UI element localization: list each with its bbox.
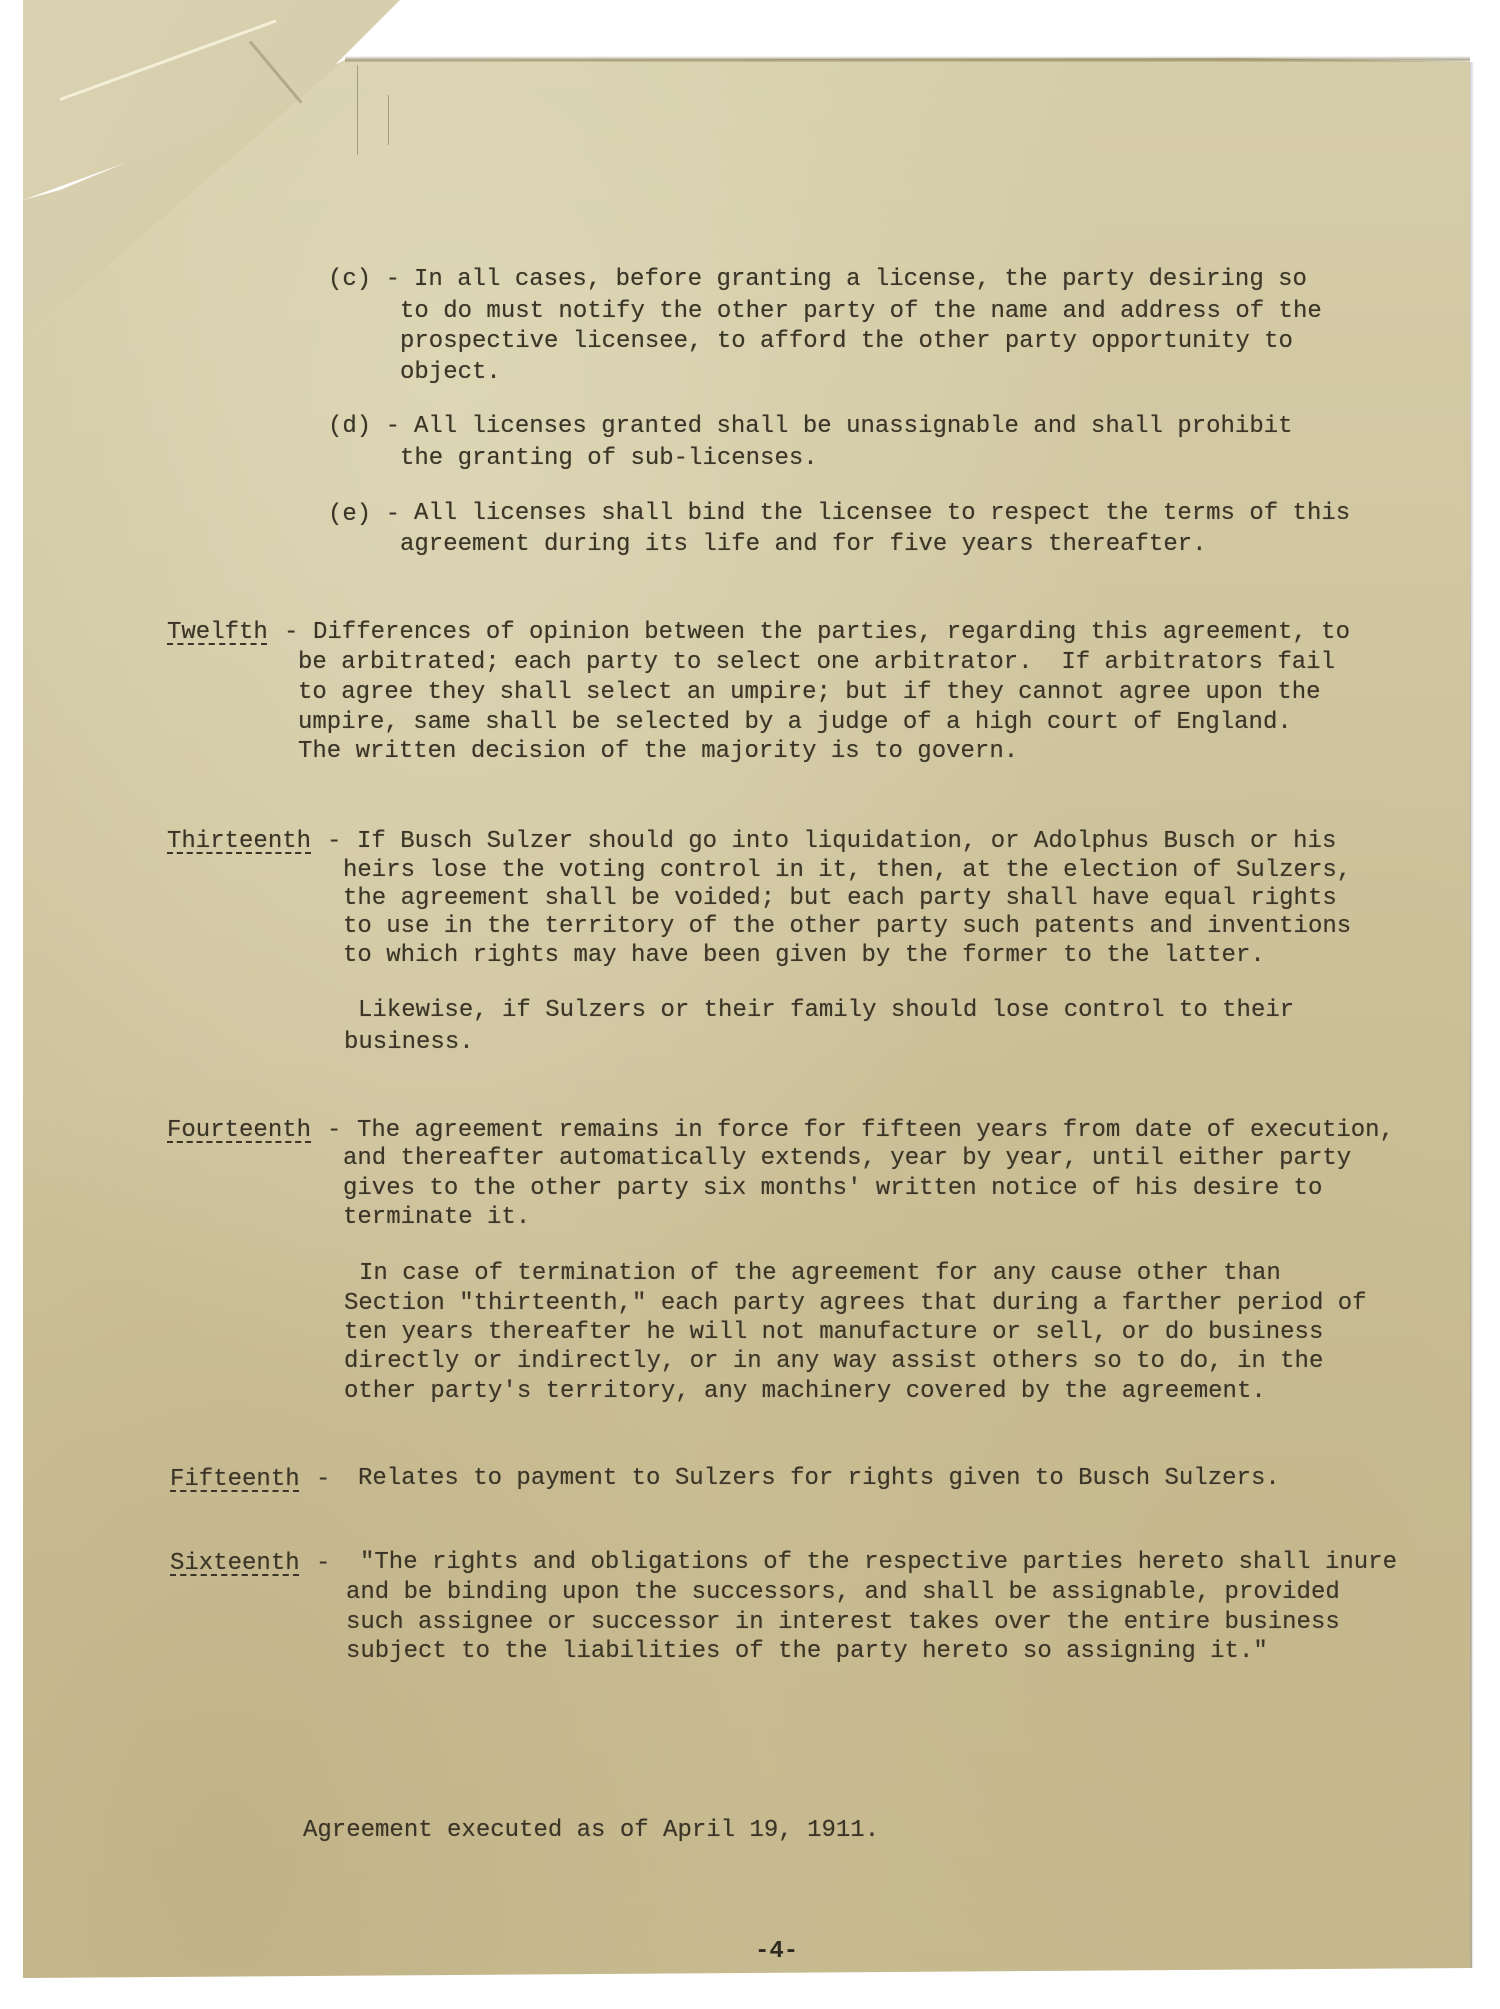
fourteenth-line: terminate it.	[343, 1204, 530, 1232]
pencil-mark	[388, 95, 389, 145]
scanned-document-page: (c) - In all cases, before granting a li…	[0, 0, 1500, 2009]
section-heading-fourteenth: Fourteenth	[167, 1117, 311, 1145]
thirteenth-paragraph2-line: business.	[344, 1029, 474, 1057]
clause-d-label: (d) -	[328, 413, 400, 441]
sixteenth-line: "The rights and obligations of the respe…	[360, 1549, 1397, 1577]
thirteenth-line: the agreement shall be voided; but each …	[343, 885, 1337, 913]
page-number: -4-	[755, 1938, 798, 1966]
sixteenth-line: subject to the liabilities of the party …	[346, 1638, 1268, 1666]
fourteenth-paragraph2-line: other party's territory, any machinery c…	[344, 1378, 1266, 1406]
sheet-top-edge	[345, 56, 1470, 62]
section-dash: -	[316, 1550, 330, 1578]
thirteenth-line: to use in the territory of the other par…	[343, 913, 1351, 941]
clause-c-line: In all cases, before granting a license,…	[414, 266, 1307, 294]
fourteenth-line: and thereafter automatically extends, ye…	[343, 1145, 1351, 1173]
fourteenth-paragraph2-line: In case of termination of the agreement …	[359, 1260, 1281, 1288]
section-dash: -	[327, 828, 341, 856]
thirteenth-paragraph2-line: Likewise, if Sulzers or their family sho…	[358, 997, 1294, 1025]
fifteenth-line: Relates to payment to Sulzers for rights…	[358, 1465, 1280, 1493]
clause-c-line: to do must notify the other party of the…	[400, 298, 1322, 326]
fourteenth-paragraph2-line: directly or indirectly, or in any way as…	[344, 1348, 1323, 1376]
clause-c-label: (c) -	[328, 266, 400, 294]
pencil-mark	[357, 65, 358, 155]
fourteenth-line: gives to the other party six months' wri…	[343, 1175, 1322, 1203]
clause-e-line: All licenses shall bind the licensee to …	[414, 500, 1350, 528]
clause-c-line: prospective licensee, to afford the othe…	[400, 328, 1293, 356]
section-dash: -	[327, 1117, 341, 1145]
sheet-edge-shadow	[1470, 62, 1474, 1968]
fourteenth-paragraph2-line: Section "thirteenth," each party agrees …	[344, 1290, 1367, 1318]
clause-d-line: All licenses granted shall be unassignab…	[414, 413, 1293, 441]
clause-e-label: (e) -	[328, 501, 400, 529]
thirteenth-line: to which rights may have been given by t…	[343, 942, 1265, 970]
section-heading-twelfth: Twelfth	[167, 619, 268, 647]
section-heading-fifteenth: Fifteenth	[170, 1466, 300, 1494]
clause-d-line: the granting of sub-licenses.	[400, 445, 818, 473]
twelfth-line: The written decision of the majority is …	[298, 738, 1018, 766]
section-heading-thirteenth: Thirteenth	[167, 828, 311, 856]
section-dash: -	[284, 619, 298, 647]
clause-e-line: agreement during its life and for five y…	[400, 531, 1207, 559]
sixteenth-line: and be binding upon the successors, and …	[346, 1579, 1340, 1607]
fourteenth-line: The agreement remains in force for fifte…	[357, 1117, 1394, 1145]
section-dash: -	[316, 1466, 330, 1494]
sixteenth-line: such assignee or successor in interest t…	[346, 1609, 1340, 1637]
twelfth-line: be arbitrated; each party to select one …	[298, 649, 1335, 677]
fourteenth-paragraph2-line: ten years thereafter he will not manufac…	[344, 1319, 1323, 1347]
thirteenth-line: heirs lose the voting control in it, the…	[343, 857, 1351, 885]
section-heading-sixteenth: Sixteenth	[170, 1550, 300, 1578]
clause-c-line: object.	[400, 359, 501, 387]
twelfth-line: Differences of opinion between the parti…	[313, 619, 1350, 647]
twelfth-line: to agree they shall select an umpire; bu…	[298, 679, 1321, 707]
execution-note: Agreement executed as of April 19, 1911.	[303, 1817, 879, 1845]
twelfth-line: umpire, same shall be selected by a judg…	[298, 709, 1292, 737]
thirteenth-line: If Busch Sulzer should go into liquidati…	[357, 828, 1336, 856]
